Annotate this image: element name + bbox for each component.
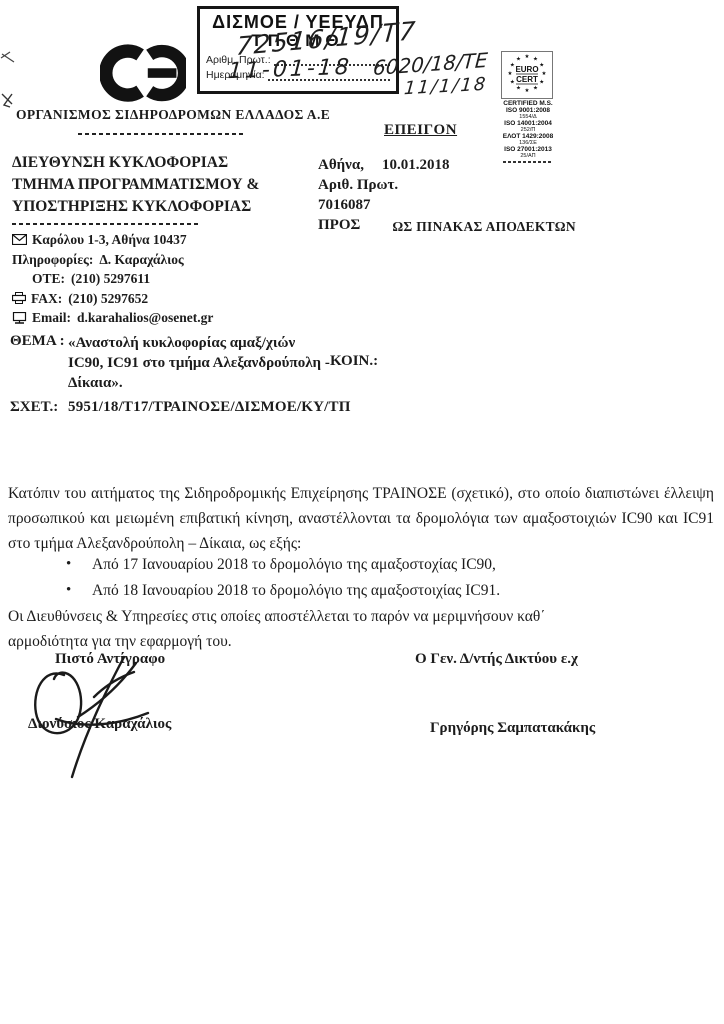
cert-line: ΕΛΟΤ 1429:2008 <box>489 133 567 140</box>
suspension-list: Από 17 Ιανουαρίου 2018 το δρομολόγιο της… <box>62 552 500 603</box>
reference-value: 5951/18/Τ17/ΤΡΑΙΝΟΣΕ/ΔΙΣΜΟΕ/ΚΥ/ΤΠ <box>68 399 351 416</box>
signer-name-left: Διονύσιος Καραχάλιος <box>28 716 171 733</box>
letter-date: 10.01.2018 <box>382 157 450 173</box>
badge-text-euro: EURO <box>515 65 538 74</box>
certification-list: CERTIFIED M.S. ISO 9001:2008 1554/Δ ISO … <box>489 100 567 163</box>
cert-line: CERTIFIED M.S. <box>489 100 567 107</box>
svg-text:★: ★ <box>510 80 515 86</box>
recipient-row: ΠΡΟΣ ΩΣ ΠΙΝΑΚΑΣ ΑΠΟΔΕΚΤΩΝ <box>318 215 576 237</box>
city-date-row: Αθήνα,10.01.2018 <box>318 155 576 175</box>
to-value: ΩΣ ΠΙΝΑΚΑΣ ΑΠΟΔΕΚΤΩΝ <box>392 215 576 237</box>
handwritten-date: 11-01-18 <box>227 55 353 84</box>
list-item: Από 18 Ιανουαρίου 2018 το δρομολόγιο της… <box>62 578 500 604</box>
info-row: Πληροφορίες: Δ. Καραχάλιος <box>12 250 213 270</box>
envelope-icon <box>12 234 27 245</box>
subject-label: ΘΕΜΑ : <box>10 333 65 350</box>
email-label: Email: <box>32 308 71 328</box>
svg-text:★: ★ <box>510 63 515 69</box>
svg-text:★: ★ <box>539 63 544 69</box>
address-text: Καρόλου 1-3, Αθήνα 10437 <box>32 230 187 250</box>
subject-text: «Αναστολή κυκλοφορίας αμαξ/χιών IC90, IC… <box>68 333 336 393</box>
computer-icon <box>12 312 27 324</box>
svg-text:★: ★ <box>542 71 547 77</box>
certified-copy-label: Πιστό Αντίγραφο <box>55 651 165 668</box>
contact-block: Καρόλου 1-3, Αθήνα 10437 Πληροφορίες: Δ.… <box>12 230 213 328</box>
protocol-number: 7016087 <box>318 195 576 215</box>
handwritten-secondary-date: 11/1/18 <box>403 74 488 99</box>
organisation-name: ΟΡΓΑΝΙΣΜΟΣ ΣΙΔΗΡΟΔΡΟΜΩΝ ΕΛΛΑΔΟΣ Α.Ε <box>16 107 330 123</box>
department-line: ΔΙΕΥΘΥΝΣΗ ΚΥΚΛΟΦΟΡΙΑΣ <box>12 152 259 174</box>
reference-label: ΣΧΕΤ.: <box>10 399 58 416</box>
cert-line: ISO 14001:2004 <box>489 120 567 127</box>
letter-meta-block: Αθήνα,10.01.2018 Αριθ. Πρωτ. 7016087 ΠΡΟ… <box>318 155 576 237</box>
badge-text-cert: CERT <box>516 75 538 84</box>
dashed-divider <box>12 223 200 225</box>
department-line: ΤΜΗΜΑ ΠΡΟΓΡΑΜΜΑΤΙΣΜΟΥ & <box>12 174 259 196</box>
scanned-letter-page: ΔΙΣΜΟΕ / ΥΕΕΥΔΠ ΤΠΘΜΘ Αριθμ. Πρωτ.: Ημερ… <box>0 0 724 1024</box>
koin-label: ΚΟΙΝ.: <box>330 353 378 370</box>
protocol-label: Αριθ. Πρωτ. <box>318 175 576 195</box>
fax-printer-icon <box>12 292 26 304</box>
svg-text:★: ★ <box>533 86 538 92</box>
fax-value: (210) 5297652 <box>68 289 148 309</box>
subject-line: Δίκαια». <box>68 373 336 393</box>
fax-label: FAX: <box>31 289 62 309</box>
svg-text:★: ★ <box>539 80 544 86</box>
svg-text:★: ★ <box>525 54 530 60</box>
info-label: Πληροφορίες: <box>12 250 93 270</box>
closing-paragraph: Οι Διευθύνσεις & Υπηρεσίες στις οποίες α… <box>8 604 586 654</box>
svg-text:★: ★ <box>533 56 538 62</box>
subject-line: IC90, IC91 στο τμήμα Αλεξανδρούπολη - <box>68 353 336 373</box>
svg-text:★: ★ <box>516 56 521 62</box>
urgent-label: ΕΠΕΙΓΟΝ <box>384 122 457 139</box>
email-value: d.karahalios@osenet.gr <box>77 308 213 328</box>
department-line: ΥΠΟΣΤΗΡΙΞΗΣ ΚΥΚΛΟΦΟΡΙΑΣ <box>12 196 259 218</box>
svg-text:★: ★ <box>516 86 521 92</box>
email-row: Email: d.karahalios@osenet.gr <box>12 308 213 328</box>
department-block: ΔΙΕΥΘΥΝΣΗ ΚΥΚΛΟΦΟΡΙΑΣ ΤΜΗΜΑ ΠΡΟΓΡΑΜΜΑΤΙΣ… <box>12 152 259 218</box>
ose-logo-icon <box>100 42 186 106</box>
cert-line: ISO 9001:2008 <box>489 107 567 114</box>
scan-artifact <box>0 48 20 108</box>
phone-row: ΟΤΕ: (210) 5297611 <box>12 269 213 289</box>
signer-name-right: Γρηγόρης Σαμπατακάκης <box>430 720 595 737</box>
svg-text:★: ★ <box>508 71 513 77</box>
cert-line: ISO 27001:2013 <box>489 146 567 153</box>
city-label: Αθήνα, <box>318 157 364 173</box>
info-value: Δ. Καραχάλιος <box>99 250 183 270</box>
body-paragraph: Κατόπιν του αιτήματος της Σιδηροδρομικής… <box>8 481 714 556</box>
svg-text:★: ★ <box>525 88 530 94</box>
subject-line: «Αναστολή κυκλοφορίας αμαξ/χιών <box>68 333 336 353</box>
phone-label: ΟΤΕ: <box>32 269 65 289</box>
dashed-divider <box>78 133 246 135</box>
eurocert-badge-icon: ★★★ ★★★ ★★★ ★★★ EURO CERT <box>501 51 553 99</box>
phone-value: (210) 5297611 <box>71 269 150 289</box>
fax-row: FAX: (210) 5297652 <box>12 289 213 309</box>
list-item: Από 17 Ιανουαρίου 2018 το δρομολόγιο της… <box>62 552 500 578</box>
signatory-title-right: Ο Γεν. Δ/ντής Δικτύου ε.χ <box>415 651 578 668</box>
address-row: Καρόλου 1-3, Αθήνα 10437 <box>12 230 213 250</box>
to-label: ΠΡΟΣ <box>318 215 360 237</box>
